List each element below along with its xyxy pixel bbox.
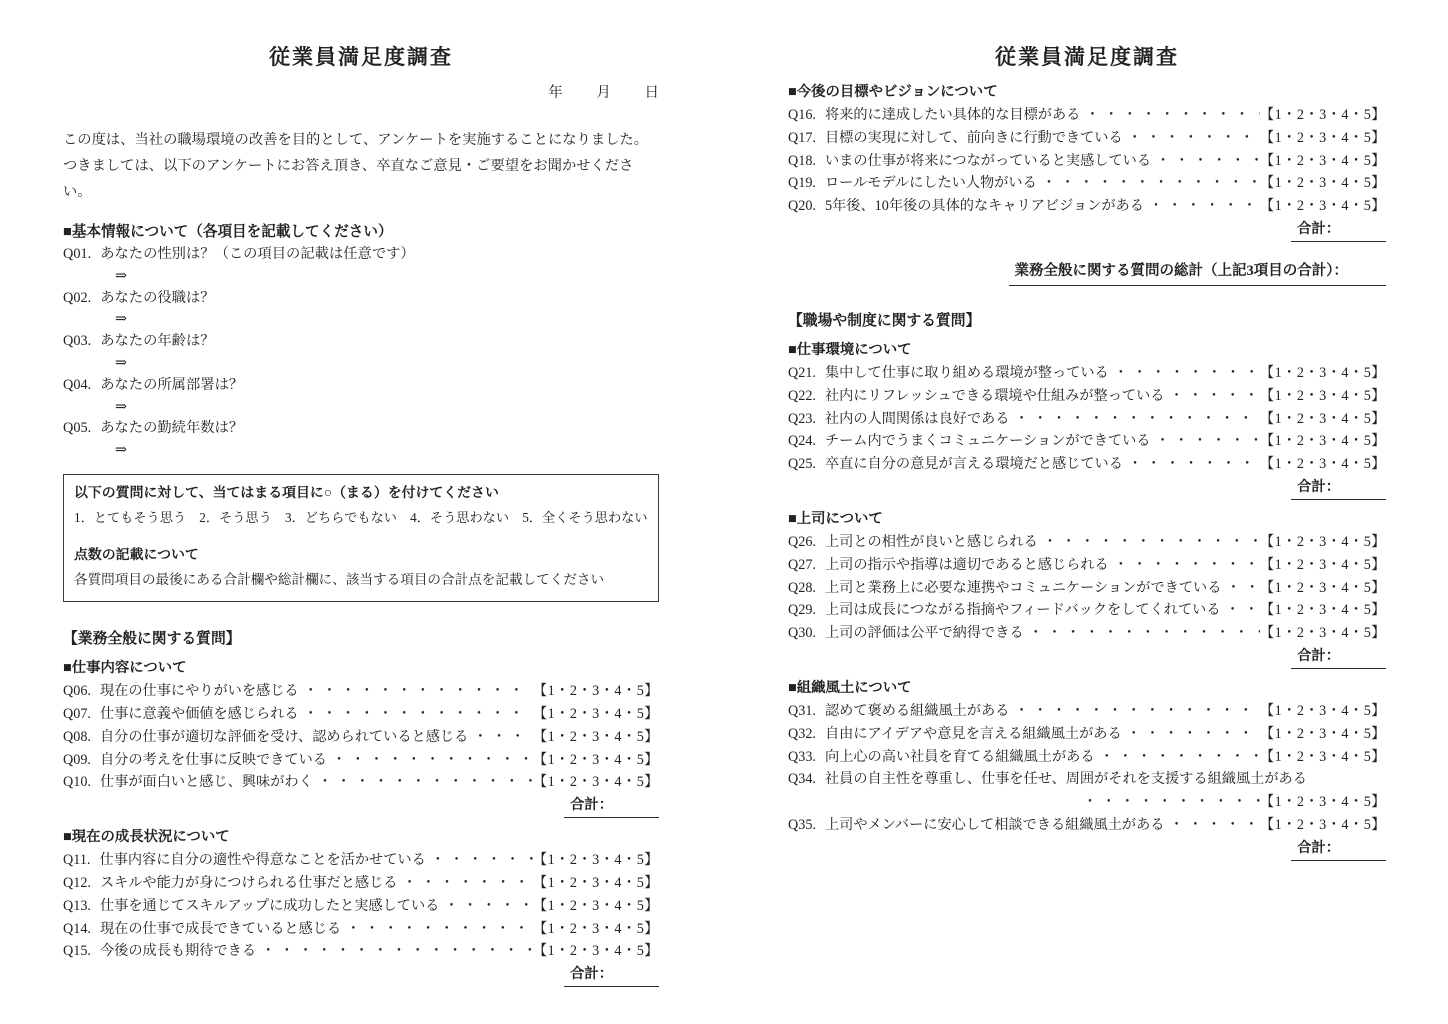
- question-text: 現在の仕事で成長できていると感じる: [100, 918, 341, 941]
- question-number: Q01.: [63, 246, 91, 262]
- question-row: Q15.今後の成長も期待できる・・・・・・・・・・・・・・・・・・・・・・・・・…: [63, 940, 659, 963]
- question-row: Q34.社員の自主性を尊重し、仕事を任せ、周囲がそれを支援する組織風土がある: [788, 768, 1386, 791]
- question-row: Q20.5年後、10年後の具体的なキャリアビジョンがある・・・・・・・・・・・・…: [788, 195, 1386, 218]
- question-text: あなたの役職は？: [100, 290, 214, 306]
- total-field: 合計：: [1291, 477, 1386, 500]
- dot-leader: ・・・・・・・・・・・・・・・・・・・・・・・・・・・・・・・・・・・・・・・・…: [1123, 127, 1260, 150]
- question-number: Q18.: [788, 150, 816, 173]
- question-text: 自分の考えを仕事に反映できている: [100, 749, 327, 772]
- dot-leader: ・・・・・・・・・・・・・・・・・・・・・・・・・・・・・・・・・・・・・・・・…: [299, 703, 533, 726]
- dot-leader: ・・・・・・・・・・・・・・・・・・・・・・・・・・・・・・・・・・・・・・・・…: [1109, 554, 1260, 577]
- question-text: あなたの性別は？（この項目の記載は任意です）: [100, 246, 415, 262]
- question-row: Q33.向上心の高い社員を育てる組織風土がある・・・・・・・・・・・・・・・・・…: [788, 746, 1386, 769]
- rating-scale: 【1・2・3・4・5】: [533, 872, 659, 895]
- rating-scale: 【1・2・3・4・5】: [1260, 104, 1386, 127]
- rating-scale: 【1・2・3・4・5】: [1260, 408, 1386, 431]
- question-row: Q35.上司やメンバーに安心して相談できる組織風土がある・・・・・・・・・・・・…: [788, 814, 1386, 837]
- question-text: 上司との相性が良いと感じられる: [825, 531, 1038, 554]
- answer-arrow-icon: ⇒: [63, 353, 659, 375]
- question-number: Q34.: [788, 768, 816, 791]
- dot-leader: ・・・・・・・・・・・・・・・・・・・・・・・・・・・・・・・・・・・・・・・・…: [1123, 453, 1260, 476]
- total-row: 合計：: [63, 964, 659, 989]
- rating-scale: 【1・2・3・4・5】: [1260, 430, 1386, 453]
- question-text: 仕事に意義や価値を感じられる: [100, 703, 299, 726]
- question-number: Q21.: [788, 362, 816, 385]
- basic-question-row: Q04.あなたの所属部署は？: [63, 375, 659, 397]
- question-text: ロールモデルにしたい人物がいる: [825, 172, 1037, 195]
- group-heading: ■組織風土について: [788, 677, 1386, 700]
- dot-leader: ・・・・・・・・・・・・・・・・・・・・・・・・・・・・・・・・・・・・・・・・…: [1024, 622, 1260, 645]
- question-text: 上司の評価は公平で納得できる: [825, 622, 1024, 645]
- question-number: Q02.: [63, 290, 91, 306]
- question-text: 社員の自主性を尊重し、仕事を任せ、周囲がそれを支援する組織風土がある: [825, 768, 1307, 791]
- rating-scale: 【1・2・3・4・5】: [1260, 723, 1386, 746]
- rating-scale: 【1・2・3・4・5】: [1260, 453, 1386, 476]
- rating-scale: 【1・2・3・4・5】: [533, 918, 659, 941]
- question-row: Q28.上司と業務上に必要な連携やコミュニケーションができている・・・・・・・・…: [788, 577, 1386, 600]
- rating-scale: 【1・2・3・4・5】: [1260, 622, 1386, 645]
- question-number: Q03.: [63, 333, 91, 349]
- page2-goal-group: ■今後の目標やビジョンについてQ16.将来的に達成したい具体的な目標がある・・・…: [788, 81, 1386, 244]
- date-field-year: 年: [548, 85, 563, 101]
- question-text: あなたの所属部署は？: [100, 377, 243, 393]
- question-row: Q19.ロールモデルにしたい人物がいる・・・・・・・・・・・・・・・・・・・・・…: [788, 172, 1386, 195]
- question-text: 将来的に達成したい具体的な目標がある: [825, 104, 1080, 127]
- rating-scale: 【1・2・3・4・5】: [1260, 362, 1386, 385]
- question-number: Q29.: [788, 599, 816, 622]
- total-row: 合計：: [788, 838, 1386, 863]
- question-text: 自由にアイデアや意見を言える組織風土がある: [825, 723, 1122, 746]
- question-text: 上司の指示や指導は適切であると感じられる: [825, 554, 1109, 577]
- question-row: Q16.将来的に達成したい具体的な目標がある・・・・・・・・・・・・・・・・・・…: [788, 104, 1386, 127]
- dot-leader: ・・・・・・・・・・・・・・・・・・・・・・・・・・・・・・・・・・・・・・・・…: [1078, 791, 1260, 814]
- dot-leader: ・・・・・・・・・・・・・・・・・・・・・・・・・・・・・・・・・・・・・・・・…: [439, 895, 533, 918]
- question-row: Q14.現在の仕事で成長できていると感じる・・・・・・・・・・・・・・・・・・・…: [63, 918, 659, 941]
- dot-leader: ・・・・・・・・・・・・・・・・・・・・・・・・・・・・・・・・・・・・・・・・…: [1080, 104, 1260, 127]
- rating-scale: 【1・2・3・4・5】: [1260, 791, 1386, 814]
- dot-leader: ・・・・・・・・・・・・・・・・・・・・・・・・・・・・・・・・・・・・・・・・…: [313, 771, 533, 794]
- rating-scale: 【1・2・3・4・5】: [533, 771, 659, 794]
- question-number: Q14.: [63, 918, 91, 941]
- dot-leader: ・・・・・・・・・・・・・・・・・・・・・・・・・・・・・・・・・・・・・・・・…: [1144, 195, 1260, 218]
- question-row: Q32.自由にアイデアや意見を言える組織風土がある・・・・・・・・・・・・・・・…: [788, 723, 1386, 746]
- question-number: Q32.: [788, 723, 816, 746]
- rating-scale: 【1・2・3・4・5】: [1260, 599, 1386, 622]
- total-field: 合計：: [564, 795, 659, 818]
- total-field: 合計：: [564, 964, 659, 987]
- question-row: Q09.自分の考えを仕事に反映できている・・・・・・・・・・・・・・・・・・・・…: [63, 749, 659, 772]
- question-text: 5年後、10年後の具体的なキャリアビジョンがある: [825, 195, 1144, 218]
- question-text: 目標の実現に対して、前向きに行動できている: [825, 127, 1123, 150]
- question-number: Q12.: [63, 872, 91, 895]
- question-number: Q33.: [788, 746, 816, 769]
- page2-content: 従業員満足度調査 ■今後の目標やビジョンについてQ16.将来的に達成したい具体的…: [788, 44, 1386, 863]
- question-number: Q15.: [63, 940, 91, 963]
- instruction-scale-line: 1．とてもそう思う 2．そう思う 3．どちらでもない 4．そう思わない 5．全く…: [74, 506, 648, 530]
- rating-scale: 【1・2・3・4・5】: [1260, 577, 1386, 600]
- question-text: 向上心の高い社員を育てる組織風土がある: [825, 746, 1095, 769]
- question-row: Q18.いまの仕事が将来につながっていると実感している・・・・・・・・・・・・・…: [788, 150, 1386, 173]
- page1-content: 従業員満足度調査 年 月 日 この度は、当社の職場環境の改善を目的として、アンケ…: [63, 44, 659, 989]
- rating-scale: 【1・2・3・4・5】: [1260, 531, 1386, 554]
- question-number: Q06.: [63, 680, 91, 703]
- dot-leader: ・・・・・・・・・・・・・・・・・・・・・・・・・・・・・・・・・・・・・・・・…: [1151, 150, 1260, 173]
- instruction-line-3: 点数の記載について: [74, 544, 648, 568]
- survey-page-2: 従業員満足度調査 ■今後の目標やビジョンについてQ16.将来的に達成したい具体的…: [724, 0, 1448, 1024]
- basic-question-row: Q03.あなたの年齢は？: [63, 331, 659, 353]
- rating-scale: 【1・2・3・4・5】: [533, 680, 659, 703]
- total-row: 合計：: [788, 219, 1386, 244]
- answer-arrow-icon: ⇒: [63, 266, 659, 288]
- instruction-line-4: 各質問項目の最後にある合計欄や総計欄に、該当する項目の合計点を記載してください: [74, 568, 648, 592]
- dot-leader: ・・・・・・・・・・・・・・・・・・・・・・・・・・・・・・・・・・・・・・・・…: [1095, 746, 1260, 769]
- instruction-box: 以下の質問に対して、当てはまる項目に○（まる）を付けてください 1．とてもそう思…: [63, 474, 659, 602]
- question-number: Q04.: [63, 377, 91, 393]
- page-title: 従業員満足度調査: [788, 44, 1386, 70]
- question-row: Q27.上司の指示や指導は適切であると感じられる・・・・・・・・・・・・・・・・…: [788, 554, 1386, 577]
- question-row: Q30.上司の評価は公平で納得できる・・・・・・・・・・・・・・・・・・・・・・…: [788, 622, 1386, 645]
- rating-scale: 【1・2・3・4・5】: [533, 940, 659, 963]
- question-text: あなたの年齢は？: [100, 333, 214, 349]
- dot-leader: ・・・・・・・・・・・・・・・・・・・・・・・・・・・・・・・・・・・・・・・・…: [1009, 700, 1259, 723]
- rating-scale: 【1・2・3・4・5】: [1260, 195, 1386, 218]
- question-number: Q23.: [788, 408, 816, 431]
- dot-leader: ・・・・・・・・・・・・・・・・・・・・・・・・・・・・・・・・・・・・・・・・…: [256, 940, 533, 963]
- dot-leader: ・・・・・・・・・・・・・・・・・・・・・・・・・・・・・・・・・・・・・・・・…: [1009, 408, 1259, 431]
- question-row-continuation: ・・・・・・・・・・・・・・・・・・・・・・・・・・・・・・・・・・・・・・・・…: [788, 791, 1386, 814]
- question-number: Q10.: [63, 771, 91, 794]
- question-text: 今後の成長も期待できる: [100, 940, 256, 963]
- rating-scale: 【1・2・3・4・5】: [533, 749, 659, 772]
- dot-leader: ・・・・・・・・・・・・・・・・・・・・・・・・・・・・・・・・・・・・・・・・…: [1165, 814, 1260, 837]
- question-number: Q25.: [788, 453, 816, 476]
- total-row: 合計：: [63, 795, 659, 820]
- question-number: Q19.: [788, 172, 816, 195]
- question-number: Q07.: [63, 703, 91, 726]
- question-row: Q13.仕事を通じてスキルアップに成功したと実感している・・・・・・・・・・・・…: [63, 895, 659, 918]
- question-number: Q26.: [788, 531, 816, 554]
- basic-question-row: Q02.あなたの役職は？: [63, 288, 659, 310]
- question-text: 集中して仕事に取り組める環境が整っている: [825, 362, 1109, 385]
- intro-paragraph: この度は、当社の職場環境の改善を目的として、アンケートを実施することになりました…: [63, 127, 659, 205]
- question-row: Q29.上司は成長につながる指摘やフィードバックをしてくれている・・・・・・・・…: [788, 599, 1386, 622]
- basic-info-heading: ■基本情報について（各項目を記載してください）: [63, 221, 659, 244]
- question-row: Q12.スキルや能力が身につけられる仕事だと感じる・・・・・・・・・・・・・・・…: [63, 872, 659, 895]
- dot-leader: ・・・・・・・・・・・・・・・・・・・・・・・・・・・・・・・・・・・・・・・・…: [327, 749, 533, 772]
- basic-question-row: Q01.あなたの性別は？（この項目の記載は任意です）: [63, 244, 659, 266]
- group-heading: ■現在の成長状況について: [63, 826, 659, 849]
- dot-leader: ・・・・・・・・・・・・・・・・・・・・・・・・・・・・・・・・・・・・・・・・…: [1109, 362, 1260, 385]
- page-title: 従業員満足度調査: [63, 44, 659, 70]
- page1-question-groups: ■仕事内容についてQ06.現在の仕事にやりがいを感じる・・・・・・・・・・・・・…: [63, 657, 659, 989]
- question-row: Q07.仕事に意義や価値を感じられる・・・・・・・・・・・・・・・・・・・・・・…: [63, 703, 659, 726]
- instruction-line-1: 以下の質問に対して、当てはまる項目に○（まる）を付けてください: [74, 482, 648, 506]
- total-field: 合計：: [1291, 838, 1386, 861]
- question-text: 自分の仕事が適切な評価を受け、認められていると感じる: [100, 726, 468, 749]
- dot-leader: ・・・・・・・・・・・・・・・・・・・・・・・・・・・・・・・・・・・・・・・・…: [1221, 599, 1260, 622]
- rating-scale: 【1・2・3・4・5】: [1260, 554, 1386, 577]
- basic-questions-list: Q01.あなたの性別は？（この項目の記載は任意です）⇒Q02.あなたの役職は？⇒…: [63, 244, 659, 462]
- question-text: 上司やメンバーに安心して相談できる組織風土がある: [825, 814, 1165, 837]
- rating-scale: 【1・2・3・4・5】: [1260, 150, 1386, 173]
- question-number: Q08.: [63, 726, 91, 749]
- question-row: Q22.社内にリフレッシュできる環境や仕組みが整っている・・・・・・・・・・・・…: [788, 385, 1386, 408]
- question-row: Q21.集中して仕事に取り組める環境が整っている・・・・・・・・・・・・・・・・…: [788, 362, 1386, 385]
- question-text: 社内にリフレッシュできる環境や仕組みが整っている: [825, 385, 1165, 408]
- grand-total-row: 業務全般に関する質問の総計（上記3項目の合計）：: [788, 261, 1386, 289]
- group-heading: ■仕事内容について: [63, 657, 659, 680]
- answer-arrow-icon: ⇒: [63, 397, 659, 419]
- page2-workplace-groups: ■仕事環境についてQ21.集中して仕事に取り組める環境が整っている・・・・・・・…: [788, 339, 1386, 863]
- dot-leader: ・・・・・・・・・・・・・・・・・・・・・・・・・・・・・・・・・・・・・・・・…: [341, 918, 533, 941]
- survey-page-1: 従業員満足度調査 年 月 日 この度は、当社の職場環境の改善を目的として、アンケ…: [0, 0, 724, 1024]
- question-text: 上司と業務上に必要な連携やコミュニケーションができている: [825, 577, 1221, 600]
- basic-question-row: Q05.あなたの勤続年数は？: [63, 418, 659, 440]
- question-text: いまの仕事が将来につながっていると実感している: [825, 150, 1151, 173]
- intro-line-2: つきましては、以下のアンケートにお答え頂き、卒直なご意見・ご要望をお聞かせくださ…: [63, 153, 659, 205]
- date-field-month: 月: [596, 85, 611, 101]
- question-row: Q06.現在の仕事にやりがいを感じる・・・・・・・・・・・・・・・・・・・・・・…: [63, 680, 659, 703]
- dot-leader: ・・・・・・・・・・・・・・・・・・・・・・・・・・・・・・・・・・・・・・・・…: [398, 872, 533, 895]
- dot-leader: ・・・・・・・・・・・・・・・・・・・・・・・・・・・・・・・・・・・・・・・・…: [1165, 385, 1260, 408]
- dot-leader: ・・・・・・・・・・・・・・・・・・・・・・・・・・・・・・・・・・・・・・・・…: [468, 726, 533, 749]
- group-heading: ■上司について: [788, 508, 1386, 531]
- answer-arrow-icon: ⇒: [63, 309, 659, 331]
- section-heading-workplace: 【職場や制度に関する質問】: [788, 310, 1386, 333]
- dot-leader: ・・・・・・・・・・・・・・・・・・・・・・・・・・・・・・・・・・・・・・・・…: [1150, 430, 1259, 453]
- question-row: Q23.社内の人間関係は良好である・・・・・・・・・・・・・・・・・・・・・・・…: [788, 408, 1386, 431]
- question-number: Q28.: [788, 577, 816, 600]
- question-row: Q26.上司との相性が良いと感じられる・・・・・・・・・・・・・・・・・・・・・…: [788, 531, 1386, 554]
- dot-leader: ・・・・・・・・・・・・・・・・・・・・・・・・・・・・・・・・・・・・・・・・…: [1221, 577, 1260, 600]
- question-text: 仕事内容に自分の適性や得意なことを活かせている: [99, 849, 425, 872]
- group-heading: ■今後の目標やビジョンについて: [788, 81, 1386, 104]
- grand-total-field: 業務全般に関する質問の総計（上記3項目の合計）：: [1009, 261, 1387, 286]
- question-text: チーム内でうまくコミュニケーションができている: [825, 430, 1150, 453]
- question-text: 現在の仕事にやりがいを感じる: [100, 680, 299, 703]
- dot-leader: ・・・・・・・・・・・・・・・・・・・・・・・・・・・・・・・・・・・・・・・・…: [1122, 723, 1260, 746]
- question-text: 認めて褒める組織風土がある: [825, 700, 1009, 723]
- question-row: Q08.自分の仕事が適切な評価を受け、認められていると感じる・・・・・・・・・・…: [63, 726, 659, 749]
- question-row: Q31.認めて褒める組織風土がある・・・・・・・・・・・・・・・・・・・・・・・…: [788, 700, 1386, 723]
- question-text: あなたの勤続年数は？: [100, 420, 243, 436]
- question-text: 社内の人間関係は良好である: [825, 408, 1009, 431]
- group-heading: ■仕事環境について: [788, 339, 1386, 362]
- answer-arrow-icon: ⇒: [63, 440, 659, 462]
- total-field: 合計：: [1291, 219, 1386, 242]
- question-number: Q09.: [63, 749, 91, 772]
- question-number: Q05.: [63, 420, 91, 436]
- question-number: Q24.: [788, 430, 816, 453]
- question-text: 仕事を通じてスキルアップに成功したと実感している: [100, 895, 439, 918]
- rating-scale: 【1・2・3・4・5】: [533, 703, 659, 726]
- date-line: 年 月 日: [63, 83, 659, 103]
- rating-scale: 【1・2・3・4・5】: [1260, 172, 1386, 195]
- section-heading-general-work: 【業務全般に関する質問】: [63, 628, 659, 651]
- question-number: Q31.: [788, 700, 816, 723]
- intro-line-1: この度は、当社の職場環境の改善を目的として、アンケートを実施することになりました…: [63, 127, 659, 153]
- question-row: Q24.チーム内でうまくコミュニケーションができている・・・・・・・・・・・・・…: [788, 430, 1386, 453]
- question-text: 上司は成長につながる指摘やフィードバックをしてくれている: [825, 599, 1221, 622]
- question-number: Q17.: [788, 127, 816, 150]
- question-number: Q22.: [788, 385, 816, 408]
- total-row: 合計：: [788, 646, 1386, 671]
- question-number: Q13.: [63, 895, 91, 918]
- question-text: スキルや能力が身につけられる仕事だと感じる: [100, 872, 398, 895]
- dot-leader: ・・・・・・・・・・・・・・・・・・・・・・・・・・・・・・・・・・・・・・・・…: [1037, 172, 1260, 195]
- rating-scale: 【1・2・3・4・5】: [533, 726, 659, 749]
- total-field: 合計：: [1291, 646, 1386, 669]
- rating-scale: 【1・2・3・4・5】: [1260, 814, 1386, 837]
- question-number: Q30.: [788, 622, 816, 645]
- rating-scale: 【1・2・3・4・5】: [1260, 385, 1386, 408]
- question-number: Q27.: [788, 554, 816, 577]
- question-row: Q25.卒直に自分の意見が言える環境だと感じている・・・・・・・・・・・・・・・…: [788, 453, 1386, 476]
- rating-scale: 【1・2・3・4・5】: [1260, 746, 1386, 769]
- question-number: Q11.: [63, 849, 90, 872]
- rating-scale: 【1・2・3・4・5】: [1260, 127, 1386, 150]
- question-row: Q17.目標の実現に対して、前向きに行動できている・・・・・・・・・・・・・・・…: [788, 127, 1386, 150]
- rating-scale: 【1・2・3・4・5】: [533, 849, 659, 872]
- question-number: Q16.: [788, 104, 816, 127]
- question-number: Q20.: [788, 195, 816, 218]
- dot-leader: ・・・・・・・・・・・・・・・・・・・・・・・・・・・・・・・・・・・・・・・・…: [426, 849, 533, 872]
- total-row: 合計：: [788, 477, 1386, 502]
- rating-scale: 【1・2・3・4・5】: [533, 895, 659, 918]
- question-row: Q10.仕事が面白いと感じ、興味がわく・・・・・・・・・・・・・・・・・・・・・…: [63, 771, 659, 794]
- question-text: 卒直に自分の意見が言える環境だと感じている: [825, 453, 1123, 476]
- dot-leader: ・・・・・・・・・・・・・・・・・・・・・・・・・・・・・・・・・・・・・・・・…: [1038, 531, 1260, 554]
- question-text: 仕事が面白いと感じ、興味がわく: [100, 771, 313, 794]
- date-field-day: 日: [645, 85, 660, 101]
- question-row: Q11.仕事内容に自分の適性や得意なことを活かせている・・・・・・・・・・・・・…: [63, 849, 659, 872]
- dot-leader: ・・・・・・・・・・・・・・・・・・・・・・・・・・・・・・・・・・・・・・・・…: [299, 680, 533, 703]
- rating-scale: 【1・2・3・4・5】: [1260, 700, 1386, 723]
- question-number: Q35.: [788, 814, 816, 837]
